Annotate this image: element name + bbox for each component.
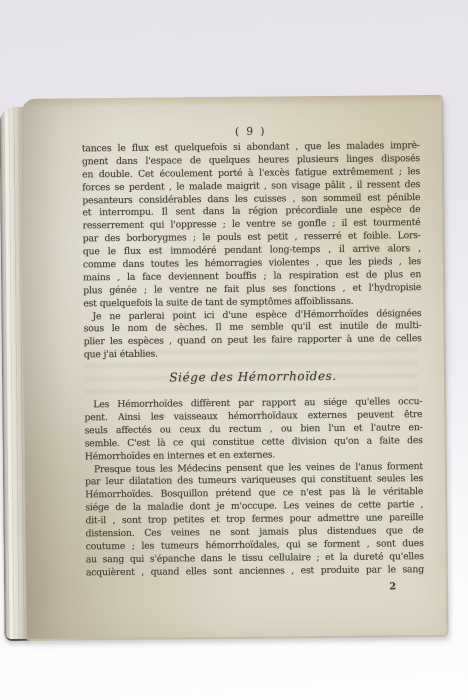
text-line: acquièrent , quand elles sont anciennes …	[86, 564, 424, 580]
book-page: ( 9 ) tances le flux est quelquefois si …	[21, 95, 446, 639]
text-block: ( 9 ) tances le flux est quelquefois si …	[82, 123, 424, 596]
paragraph: Les Hémorrhoïdes diffèrent par rapport a…	[84, 396, 423, 464]
text-line: que j'ai établies.	[84, 346, 422, 362]
paragraph: Presque tous les Médecins pensent que le…	[85, 461, 424, 580]
photo-background: ( 9 ) tances le flux est quelquefois si …	[0, 0, 468, 700]
page-number: ( 9 )	[82, 123, 420, 140]
signature-mark: 2	[86, 580, 424, 596]
paragraph: Je ne parlerai point ici d'une espèce d'…	[83, 308, 421, 363]
paragraph: tances le flux est quelquefois si abonda…	[82, 140, 422, 311]
book: ( 9 ) tances le flux est quelquefois si …	[0, 95, 449, 646]
section-heading: Siége des Hémorrhoïdes.	[84, 367, 422, 386]
